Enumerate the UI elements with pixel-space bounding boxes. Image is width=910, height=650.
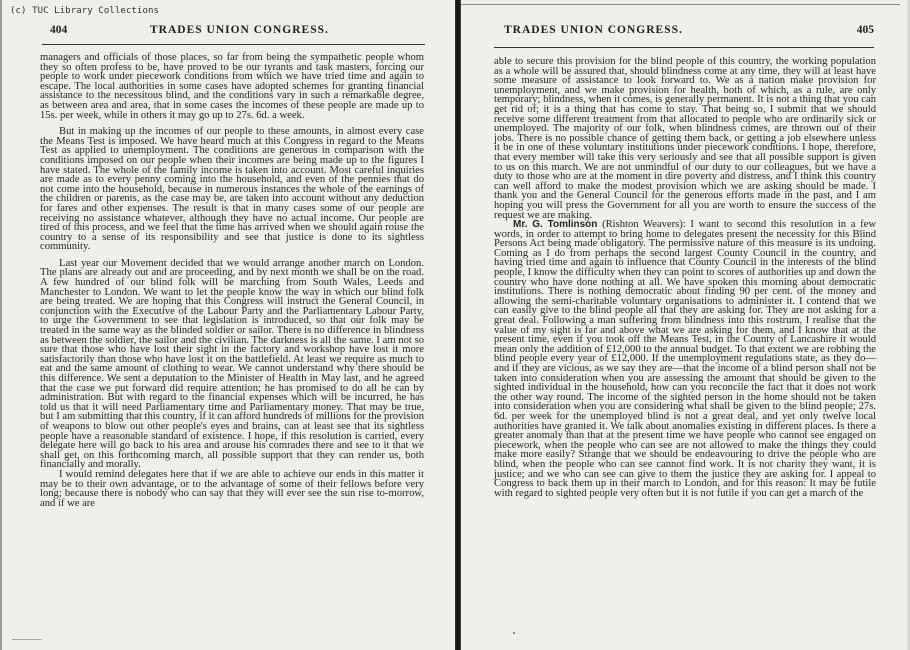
page-top-edge: [461, 0, 900, 5]
running-head-left: 404 TRADES UNION CONGRESS.: [40, 24, 425, 40]
right-body-text: able to secure this provision for the bl…: [494, 57, 876, 498]
page-speck: [513, 632, 515, 634]
running-title: TRADES UNION CONGRESS.: [150, 24, 329, 36]
paragraph: Last year our Movement decided that we w…: [40, 259, 424, 470]
watermark: (c) TUC Library Collections: [10, 6, 159, 16]
left-page: (c) TUC Library Collections 404 TRADES U…: [0, 0, 457, 650]
paragraph: managers and officials of those places, …: [40, 53, 424, 120]
paragraph: But in making up the incomes of our peop…: [40, 127, 424, 252]
running-title: TRADES UNION CONGRESS.: [504, 24, 683, 36]
right-page: TRADES UNION CONGRESS. 405 able to secur…: [461, 0, 910, 650]
page-corner-mark: [12, 639, 42, 650]
speech-paragraph: Mr. G. Tomlinson (Rishton Weavers): I wa…: [494, 220, 876, 498]
speech-text: I want to second this resolution in a fe…: [494, 219, 876, 499]
paragraph: able to secure this provision for the bl…: [494, 57, 876, 220]
book-spread: (c) TUC Library Collections 404 TRADES U…: [0, 0, 910, 650]
page-number: 404: [50, 24, 67, 36]
paragraph: I would remind delegates here that if we…: [40, 470, 424, 508]
header-rule: [42, 44, 425, 45]
page-number: 405: [857, 24, 874, 36]
left-body-text: managers and officials of those places, …: [40, 53, 424, 508]
header-rule: [494, 47, 874, 48]
running-head-right: TRADES UNION CONGRESS. 405: [494, 24, 874, 40]
